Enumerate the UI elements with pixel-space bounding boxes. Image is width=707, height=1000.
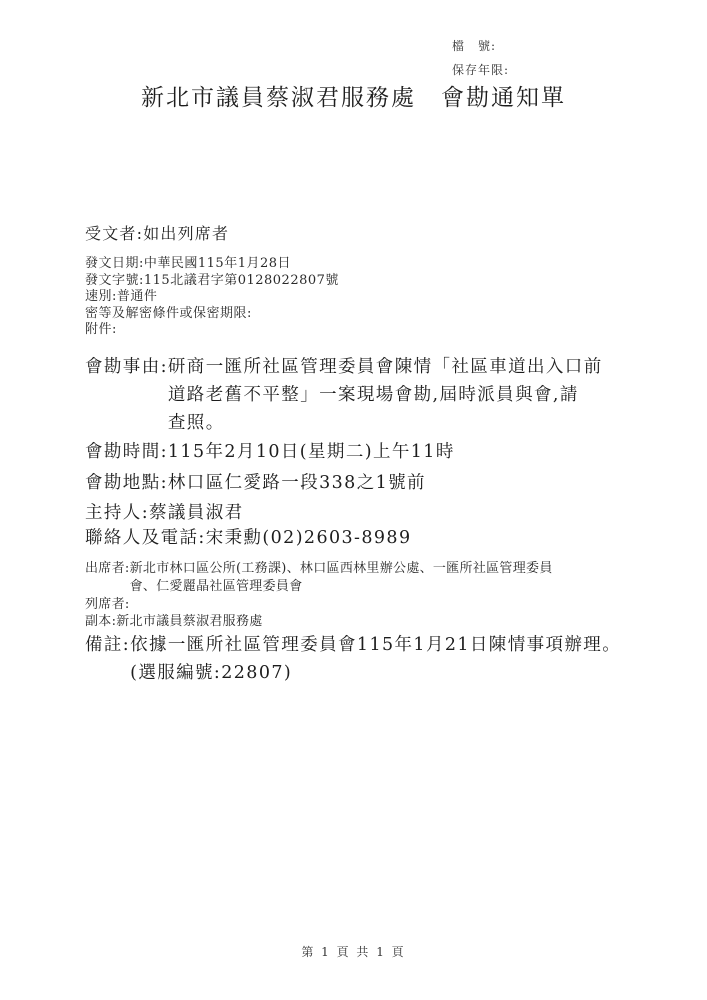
attendees-text: 新北市林口區公所(工務課)、林口區西林里辦公處、一匯所社區管理委員 會、仁愛麗晶… <box>130 560 553 596</box>
copy-line: 副本:新北市議員蔡淑君服務處 <box>85 613 662 631</box>
host-line: 主持人:蔡議員淑君 <box>85 499 662 527</box>
metadata-block: 發文日期:中華民國115年1月28日 發文字號:115北議君字第01280228… <box>85 256 662 339</box>
survey-place-line: 會勘地點:林口區仁愛路一段338之1號前 <box>85 468 662 499</box>
note-line: 依據一匯所社區管理委員會115年1月21日陳情事項辦理。 <box>130 631 621 659</box>
note-line: (選服編號:22807) <box>130 659 621 687</box>
survey-time-line: 會勘時間:115年2月10日(星期二)上午11時 <box>85 437 662 468</box>
recipient-line: 受文者:如出列席者 <box>85 222 662 246</box>
document-body: 受文者:如出列席者 發文日期:中華民國115年1月28日 發文字號:115北議君… <box>85 222 662 687</box>
note-text: 依據一匯所社區管理委員會115年1月21日陳情事項辦理。 (選服編號:22807… <box>130 631 621 687</box>
survey-subject-block: 會勘事由: 研商一匯所社區管理委員會陳情「社區車道出入口前 道路老舊不平整」一案… <box>85 353 662 437</box>
document-number-line: 發文字號:115北議君字第0128022807號 <box>85 273 662 290</box>
observers-line: 列席者: <box>85 596 662 614</box>
note-block: 備註: 依據一匯所社區管理委員會115年1月21日陳情事項辦理。 (選服編號:2… <box>85 631 662 687</box>
archive-block: 檔 號: 保存年限: <box>452 34 509 82</box>
survey-subject-label: 會勘事由: <box>85 353 168 381</box>
sending-date-line: 發文日期:中華民國115年1月28日 <box>85 256 662 273</box>
contact-line: 聯絡人及電話:宋秉勳(02)2603-8989 <box>85 527 662 549</box>
attendees-line: 會、仁愛麗晶社區管理委員會 <box>130 578 553 596</box>
archive-number-label: 檔 號: <box>452 34 509 58</box>
attendees-line: 新北市林口區公所(工務課)、林口區西林里辦公處、一匯所社區管理委員 <box>130 560 553 578</box>
page-footer: 第 1 頁 共 1 頁 <box>0 943 707 960</box>
survey-subject-line: 道路老舊不平整」一案現場會勘,屆時派員與會,請 <box>168 381 603 409</box>
attachment-line: 附件: <box>85 322 662 339</box>
survey-subject-line: 查照。 <box>168 409 603 437</box>
speed-class-line: 速別:普通件 <box>85 289 662 306</box>
attendees-label: 出席者: <box>85 560 130 578</box>
document-title: 新北市議員蔡淑君服務處 會勘通知單 <box>0 79 707 112</box>
notice-document-page: 檔 號: 保存年限: 新北市議員蔡淑君服務處 會勘通知單 受文者:如出列席者 發… <box>0 0 707 1000</box>
survey-subject-line: 研商一匯所社區管理委員會陳情「社區車道出入口前 <box>168 353 603 381</box>
survey-subject-text: 研商一匯所社區管理委員會陳情「社區車道出入口前 道路老舊不平整」一案現場會勘,屆… <box>168 353 603 437</box>
attendees-block: 出席者: 新北市林口區公所(工務課)、林口區西林里辦公處、一匯所社區管理委員 會… <box>85 560 662 596</box>
security-class-line: 密等及解密條件或保密期限: <box>85 306 662 323</box>
note-label: 備註: <box>85 631 130 659</box>
